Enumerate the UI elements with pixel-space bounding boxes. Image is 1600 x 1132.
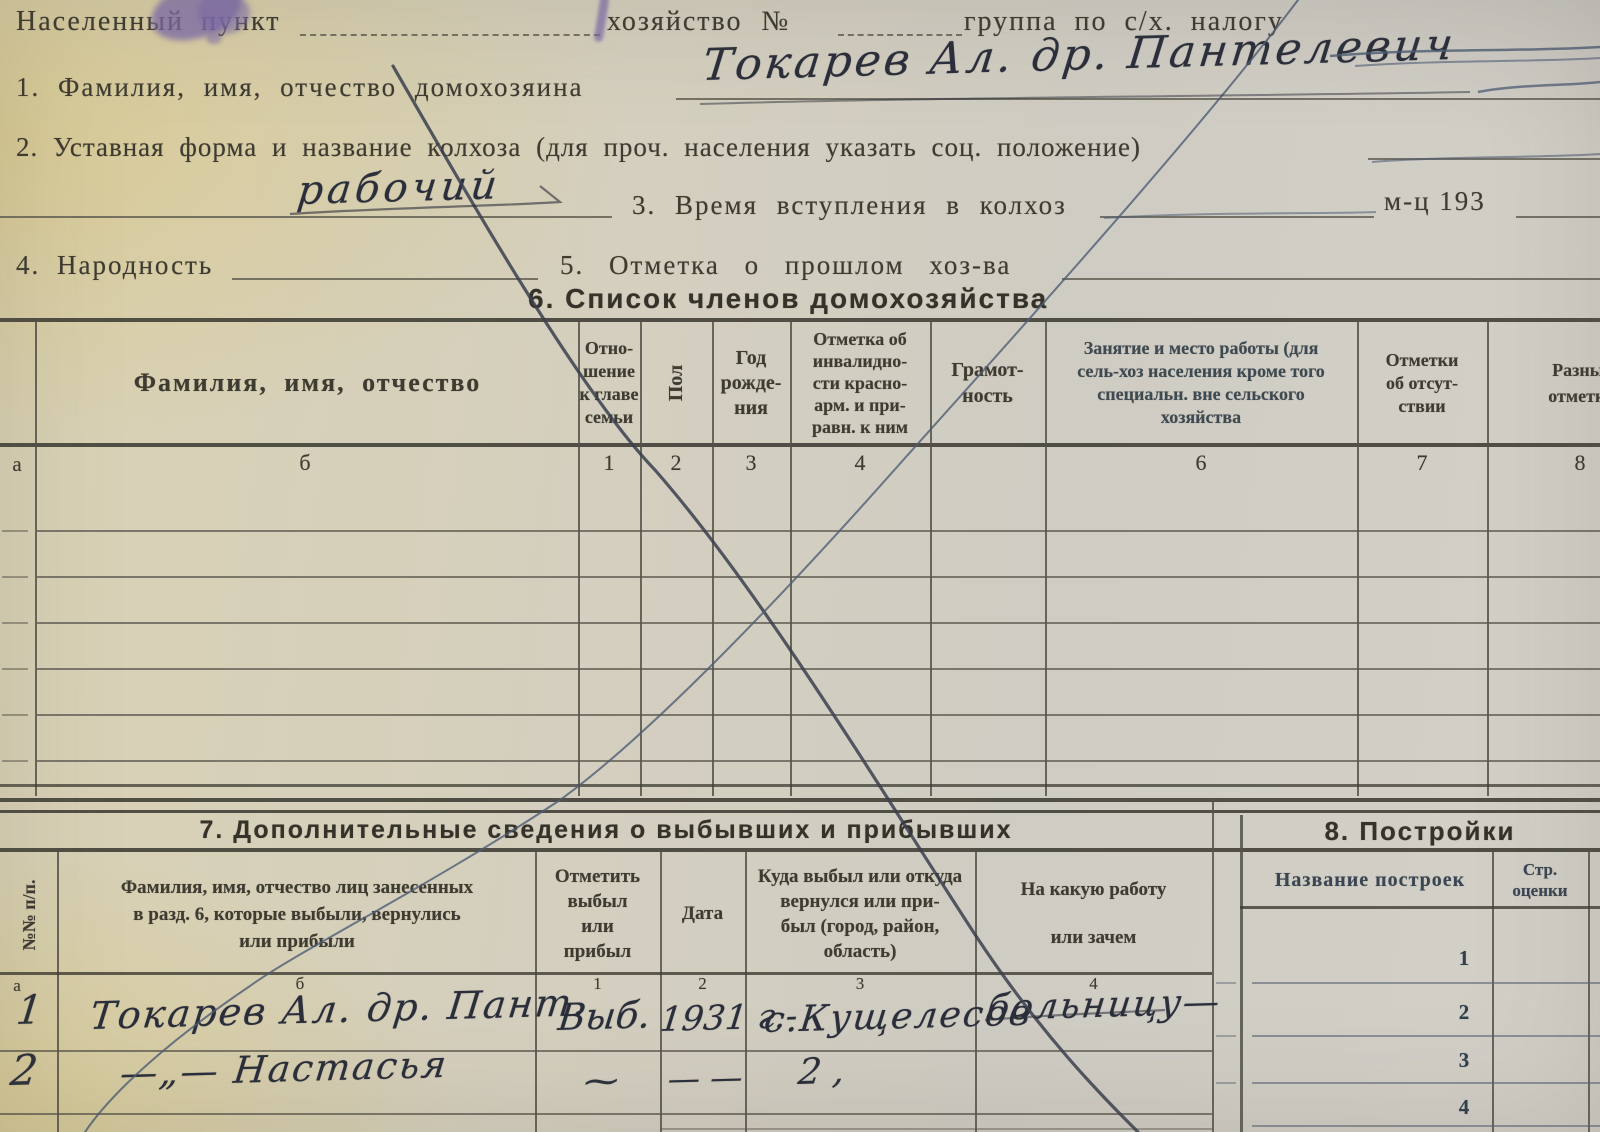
section8-col-name-header: Название построек [1248, 856, 1492, 904]
form-blank-line [1368, 158, 1600, 160]
section8-col-value-header: Стр. оценки [1492, 854, 1588, 906]
section8-rownum: 4 [1448, 1095, 1480, 1120]
section6-vline [35, 322, 37, 796]
margin-tick [1216, 982, 1236, 984]
section8-rownum: 1 [1448, 946, 1480, 971]
section6-colnum: 6 [1045, 450, 1357, 476]
blue-underline-stroke [1478, 82, 1600, 92]
farm-number-label: хозяйство № [607, 6, 790, 38]
section6-row-rule [37, 760, 1600, 762]
section6-col-name-header: Фамилия, имя, отчество [40, 325, 575, 441]
section8-rownum: 3 [1448, 1048, 1480, 1073]
scanned-household-register-page: { "header": { "settlement_label": "Насел… [0, 0, 1600, 1132]
divider-rule-bottom [0, 810, 1600, 813]
section6-row-rule [37, 668, 1600, 670]
owner-label: 1. Фамилия, имя, отчество домохозяина [16, 72, 584, 103]
owner-blank-line [676, 98, 1600, 100]
divider-rule-top [0, 798, 1600, 802]
section7-col-purpose-header: На какую работу или зачем [975, 856, 1212, 972]
section7-row1-name: Токарев Ал. др. Пант. [88, 980, 590, 1038]
section7-col-mark-header: Отметить выбыл или прибыл [535, 856, 660, 972]
section6-bottom-rule [0, 784, 1600, 787]
join-year-blank-line [1516, 216, 1600, 218]
section6-colnum: 4 [790, 450, 930, 476]
margin-tick [2, 668, 28, 670]
section7-col-place-header: Куда выбыл или откуда вернулся или при- … [745, 856, 975, 972]
section6-colnum: 2 [640, 450, 712, 476]
section8-title: 8. Постройки [1240, 816, 1600, 847]
section6-colnum: 1 [578, 450, 640, 476]
section6-rowletter: а [4, 452, 30, 477]
section7-title: 7. Дополнительные сведения о выбывших и … [0, 816, 1212, 845]
nationality-blank-line [232, 278, 538, 280]
past-note-label: 5. Отметка о прошлом хоз-ва [560, 250, 1011, 281]
section6-col-absence-header: Отметки об отсут- ствии [1357, 325, 1487, 441]
section8-row-rule [1252, 1125, 1600, 1127]
section6-header-rule [0, 443, 1600, 447]
section7-row1-purpose: больницу— [985, 982, 1224, 1029]
section6-top-rule [0, 318, 1600, 322]
section7-row1-mark: Выб. [556, 993, 653, 1039]
section7-right-border [1212, 798, 1214, 1132]
section8-row-rule [1252, 1082, 1600, 1084]
section7-row-rule-partial [660, 1128, 1212, 1130]
form-label: 2. Уставная форма и название колхоза (дл… [16, 132, 1141, 163]
section7-col-name-header: Фамилия, имя, отчество лиц занесенных в … [62, 856, 532, 972]
section6-vline [1487, 322, 1489, 796]
join-suffix: м-ц 193 [1384, 186, 1486, 217]
section6-colnum: 3 [712, 450, 790, 476]
section6-col-invalidity-header: Отметка об инвалидно- сти красно- арм. и… [790, 325, 930, 441]
nationality-label: 4. Народность [16, 250, 213, 281]
section6-colnum: 7 [1357, 450, 1487, 476]
section6-col-birthyear-header: Год рожде- ния [712, 325, 790, 441]
section8-row-rule [1252, 1035, 1600, 1037]
section7-header-top-rule [0, 848, 1600, 852]
section8-left-border [1240, 815, 1243, 1132]
margin-tick [2, 576, 28, 578]
margin-tick [2, 622, 28, 624]
settlement-blank-line [300, 12, 600, 36]
section6-colnum: 8 [1545, 450, 1600, 476]
section7-row1-num: 1 [14, 987, 45, 1034]
section7-col-date-header: Дата [660, 856, 745, 972]
section7-colnum: 3 [745, 974, 975, 994]
section6-title: 6. Список членов домохозяйства [528, 283, 1048, 315]
join-label: 3. Время вступления в колхоз [632, 190, 1067, 221]
owner-handwritten-value: Токарев Ал. др. Пантелевич [700, 19, 1459, 91]
section6-row-rule [37, 576, 1600, 578]
section6-col-misc-header: Разные отметки [1497, 325, 1600, 441]
section7-row2-date: — — [666, 1058, 745, 1098]
section7-row2-place: 2 ‚ [796, 1051, 847, 1093]
margin-tick [1216, 1082, 1236, 1084]
section6-row-rule [37, 714, 1600, 716]
social-handwritten-value: рабочий [295, 162, 503, 214]
section7-row2-num: 2 [8, 1045, 40, 1095]
past-note-blank-line [1062, 278, 1600, 280]
section7-row2-name: —„— Настасья [118, 1043, 450, 1095]
margin-tick [1216, 1035, 1236, 1037]
margin-tick [2, 760, 28, 762]
section6-colnum: б [240, 450, 370, 476]
section7-colnum: 2 [660, 974, 745, 994]
settlement-label: Населенный пункт [16, 6, 280, 38]
margin-tick [2, 714, 28, 716]
social-blank-line [0, 216, 612, 218]
section7-row2-mark: ⁓ [582, 1061, 621, 1102]
section6-row-rule [37, 530, 1600, 532]
section8-rownum: 2 [1448, 1000, 1480, 1025]
section6-col-literacy-header: Грамот- ность [930, 325, 1045, 441]
section8-col-cut-header: С х [1590, 854, 1600, 906]
section7-row-rule [0, 1113, 1212, 1115]
section8-row-rule [1252, 982, 1600, 984]
section6-row-rule [37, 622, 1600, 624]
margin-tick [2, 530, 28, 532]
join-blank-line [1100, 216, 1374, 218]
section8-header-bottom-rule [1240, 906, 1600, 909]
section6-col-occupation-header: Занятие и место работы (для сель-хоз нас… [1045, 325, 1357, 441]
